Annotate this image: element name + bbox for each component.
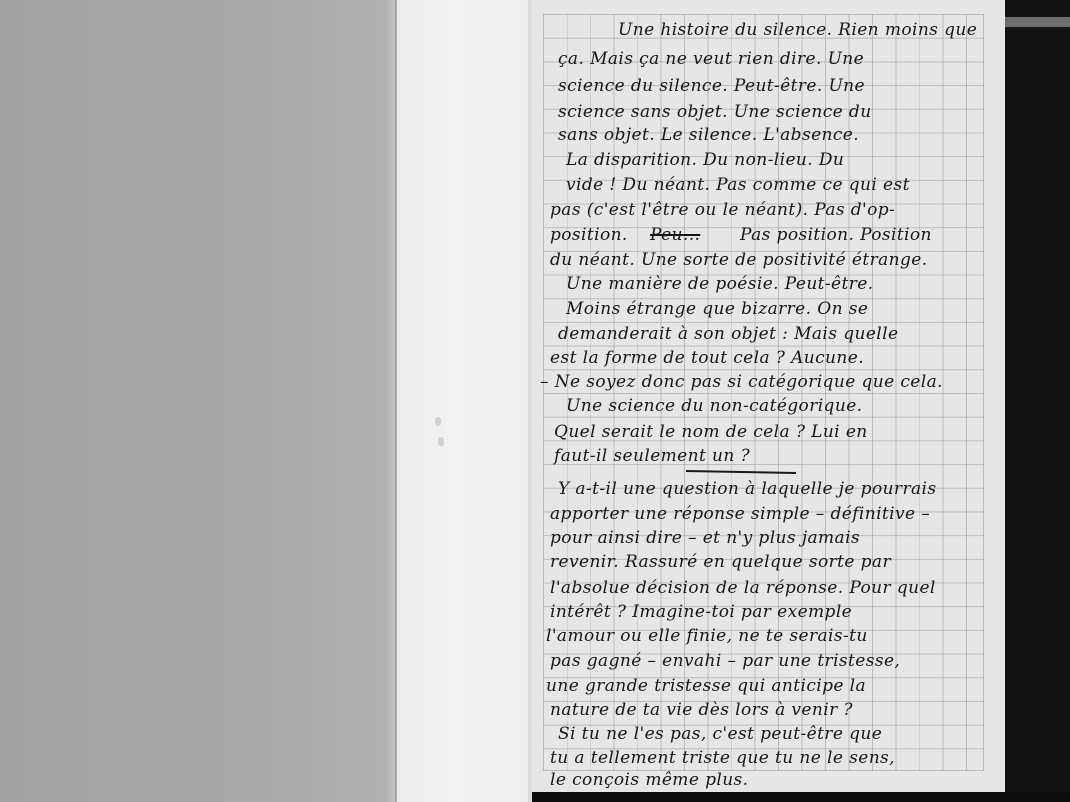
handwritten-line: pas gagné – envahi – par une tristesse, bbox=[550, 651, 900, 671]
handwritten-line: nature de ta vie dès lors à venir ? bbox=[550, 700, 853, 720]
paper-mark bbox=[438, 437, 444, 446]
handwritten-line: une grande tristesse qui anticipe la bbox=[546, 676, 866, 696]
handwritten-line: l'absolue décision de la réponse. Pour q… bbox=[550, 578, 936, 598]
handwritten-line: du néant. Une sorte de positivité étrang… bbox=[550, 250, 928, 270]
handwritten-line: science sans objet. Une science du bbox=[558, 102, 872, 122]
paper-mark bbox=[435, 417, 441, 426]
handwritten-line: l'amour ou elle finie, ne te serais-tu bbox=[546, 626, 868, 646]
handwritten-line: tu a tellement triste que tu ne le sens, bbox=[550, 748, 895, 768]
handwritten-line: demanderait à son objet : Mais quelle bbox=[558, 324, 898, 344]
struck-out-word: Peu... bbox=[650, 225, 700, 245]
handwritten-line: ça. Mais ça ne veut rien dire. Une bbox=[558, 49, 864, 69]
handwritten-line: position. bbox=[550, 225, 628, 245]
dark-background-bottom bbox=[532, 792, 1070, 802]
handwritten-line: Y a-t-il une question à laquelle je pour… bbox=[558, 479, 937, 499]
handwritten-line: – Ne soyez donc pas si catégorique que c… bbox=[540, 372, 943, 392]
handwritten-line: revenir. Rassuré en quelque sorte par bbox=[550, 552, 891, 572]
handwritten-line: vide ! Du néant. Pas comme ce qui est bbox=[566, 175, 910, 195]
handwritten-line: Une manière de poésie. Peut-être. bbox=[566, 274, 874, 294]
handwritten-line: le conçois même plus. bbox=[550, 770, 749, 790]
handwritten-line: Pas position. Position bbox=[740, 225, 932, 245]
handwritten-line: Si tu ne l'es pas, c'est peut-être que bbox=[558, 724, 882, 744]
handwritten-line: pas (c'est l'être ou le néant). Pas d'op… bbox=[550, 200, 895, 220]
handwritten-line: sans objet. Le silence. L'absence. bbox=[558, 125, 859, 145]
right-grid-page: Une histoire du silence. Rien moins que … bbox=[532, 0, 1005, 792]
handwritten-line: Moins étrange que bizarre. On se bbox=[566, 299, 868, 319]
gray-surface bbox=[0, 0, 397, 802]
gray-strip bbox=[1005, 17, 1070, 27]
handwritten-line: pour ainsi dire – et n'y plus jamais bbox=[550, 528, 860, 548]
handwritten-line: Une science du non-catégorique. bbox=[566, 396, 862, 416]
handwritten-line: Une histoire du silence. Rien moins que bbox=[618, 20, 977, 40]
handwritten-line: Quel serait le nom de cela ? Lui en bbox=[554, 422, 868, 442]
handwritten-line: apporter une réponse simple – définitive… bbox=[550, 504, 930, 524]
left-blank-page bbox=[397, 0, 530, 802]
handwritten-line: La disparition. Du non-lieu. Du bbox=[566, 150, 844, 170]
handwritten-line: est la forme de tout cela ? Aucune. bbox=[550, 348, 864, 368]
dark-background bbox=[1005, 0, 1070, 802]
handwritten-line: intérêt ? Imagine-toi par exemple bbox=[550, 602, 852, 622]
handwritten-line: science du silence. Peut-être. Une bbox=[558, 76, 865, 96]
handwritten-line: faut-il seulement un ? bbox=[554, 446, 750, 466]
